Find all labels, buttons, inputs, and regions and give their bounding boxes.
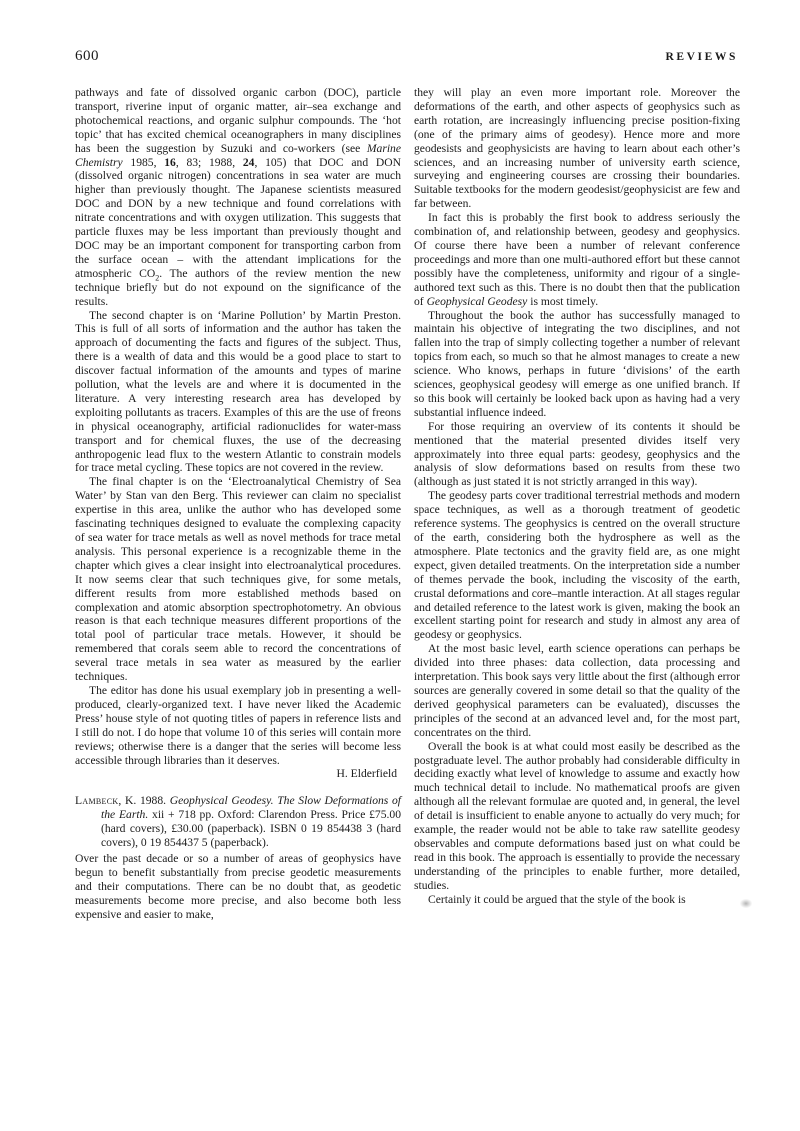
body-paragraph: Throughout the book the author has succe… bbox=[414, 309, 740, 420]
book-citation: Lambeck, K. 1988. Geophysical Geodesy. T… bbox=[75, 794, 401, 850]
body-paragraph: In fact this is probably the first book … bbox=[414, 211, 740, 308]
body-paragraph: The second chapter is on ‘Marine Polluti… bbox=[75, 309, 401, 476]
body-paragraph: Certainly it could be argued that the st… bbox=[414, 893, 740, 907]
left-column: pathways and fate of dissolved organic c… bbox=[75, 86, 401, 921]
body-paragraph: At the most basic level, earth science o… bbox=[414, 642, 740, 739]
journal-page: 600 REVIEWS pathways and fate of dissolv… bbox=[0, 0, 800, 1131]
body-paragraph: they will play an even more important ro… bbox=[414, 86, 740, 211]
page-header: 600 REVIEWS bbox=[75, 48, 740, 65]
right-column: they will play an even more important ro… bbox=[414, 86, 740, 921]
body-paragraph: Over the past decade or so a number of a… bbox=[75, 852, 401, 922]
running-head: REVIEWS bbox=[665, 51, 738, 63]
scan-smudge bbox=[740, 899, 752, 908]
body-paragraph: The geodesy parts cover traditional terr… bbox=[414, 489, 740, 642]
reviewer-signature: H. Elderfield bbox=[75, 767, 401, 781]
page-number: 600 bbox=[75, 48, 99, 65]
body-paragraph: The editor has done his usual exemplary … bbox=[75, 684, 401, 767]
body-paragraph: pathways and fate of dissolved organic c… bbox=[75, 86, 401, 309]
two-column-text: pathways and fate of dissolved organic c… bbox=[75, 86, 740, 921]
body-paragraph: Overall the book is at what could most e… bbox=[414, 740, 740, 893]
body-paragraph: The final chapter is on the ‘Electroanal… bbox=[75, 475, 401, 684]
body-paragraph: For those requiring an overview of its c… bbox=[414, 420, 740, 490]
